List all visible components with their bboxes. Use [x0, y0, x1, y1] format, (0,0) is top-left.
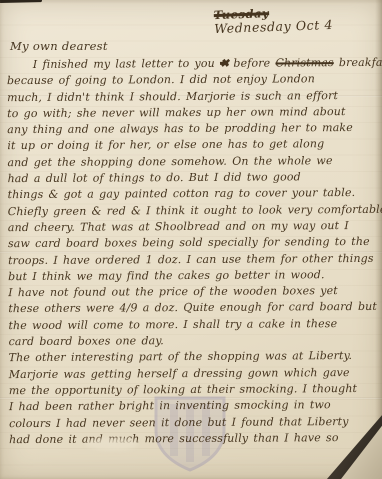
- letter-text: I had been rather bright in inventing sm…: [9, 398, 331, 413]
- letter-text: but I think we may find the cakes go bet…: [8, 268, 325, 283]
- letter-text: had a dull lot of things to do. But I di…: [8, 170, 301, 185]
- letter-text: and get the shopping done somehow. On th…: [7, 154, 332, 169]
- letter-text: it up or doing it for her, or else one h…: [7, 138, 324, 153]
- letter-text: had done it and much more successfully t…: [9, 431, 339, 446]
- ink-smudge: [86, 438, 138, 450]
- letter-text: I finished my last letter to you: [33, 57, 220, 71]
- letter-text: breakfast: [334, 56, 382, 69]
- letter-text: colours I had never seen it done but I f…: [9, 415, 349, 430]
- letter-dateline: Tuesday Wednesday Oct 4: [214, 5, 334, 35]
- folded-corner: [318, 403, 382, 479]
- letter-line: things & got a gay painted cotton rag to…: [8, 185, 378, 204]
- struck-text: Christmas: [275, 56, 333, 69]
- letter-line: the wood will come to more. I shall try …: [8, 316, 378, 335]
- letter-line: The other interesting part of the shoppi…: [9, 348, 379, 367]
- letter-text: me the opportunity of looking at their s…: [9, 382, 357, 397]
- letter-line: these others were 4/9 a doz. Quite enoug…: [8, 299, 378, 318]
- letter-lines: I finished my last letter to you ✖ befor…: [7, 55, 379, 448]
- letter-text: to go with; she never will makes up her …: [7, 105, 345, 120]
- letter-line: I finished my last letter to you ✖ befor…: [7, 55, 377, 74]
- letter-text: because of going to London. I did not en…: [7, 73, 315, 88]
- letter-text: troops. I have ordered 1 doz. I can use …: [8, 251, 374, 266]
- letter-date: Wednesday Oct 4: [214, 18, 333, 35]
- letter-text: and cheery. That was at Shoolbread and o…: [8, 219, 349, 234]
- letter-line: it up or doing it for her, or else one h…: [7, 136, 377, 155]
- letter-text: these others were 4/9 a doz. Quite enoug…: [8, 300, 377, 315]
- letter-text: much, I didn't think I should. Marjorie …: [7, 89, 338, 104]
- fold-flap: [318, 403, 382, 479]
- letter-line: and get the shopping done somehow. On th…: [7, 153, 377, 172]
- letter-text: Marjorie was getting herself a dressing …: [9, 366, 350, 381]
- letter-text: things & got a gay painted cotton rag to…: [8, 186, 356, 201]
- letter-text: The other interesting part of the shoppi…: [9, 349, 353, 364]
- salutation: My own dearest: [10, 39, 108, 53]
- letter-text: card board boxes one day.: [9, 334, 164, 348]
- letter-text: any thing and one always has to be prodd…: [7, 121, 353, 136]
- letter-text: I have not found out the price of the wo…: [8, 284, 338, 299]
- letter-page: Tuesday Wednesday Oct 4 My own dearest I…: [0, 0, 382, 479]
- letter-text: before: [228, 56, 275, 69]
- letter-line: saw card board boxes being sold speciall…: [8, 234, 378, 253]
- letter-text: saw card board boxes being sold speciall…: [8, 235, 370, 250]
- letter-text: the wood will come to more. I shall try …: [8, 317, 337, 332]
- letter-text: Chiefly green & red & I think it ought t…: [8, 202, 382, 217]
